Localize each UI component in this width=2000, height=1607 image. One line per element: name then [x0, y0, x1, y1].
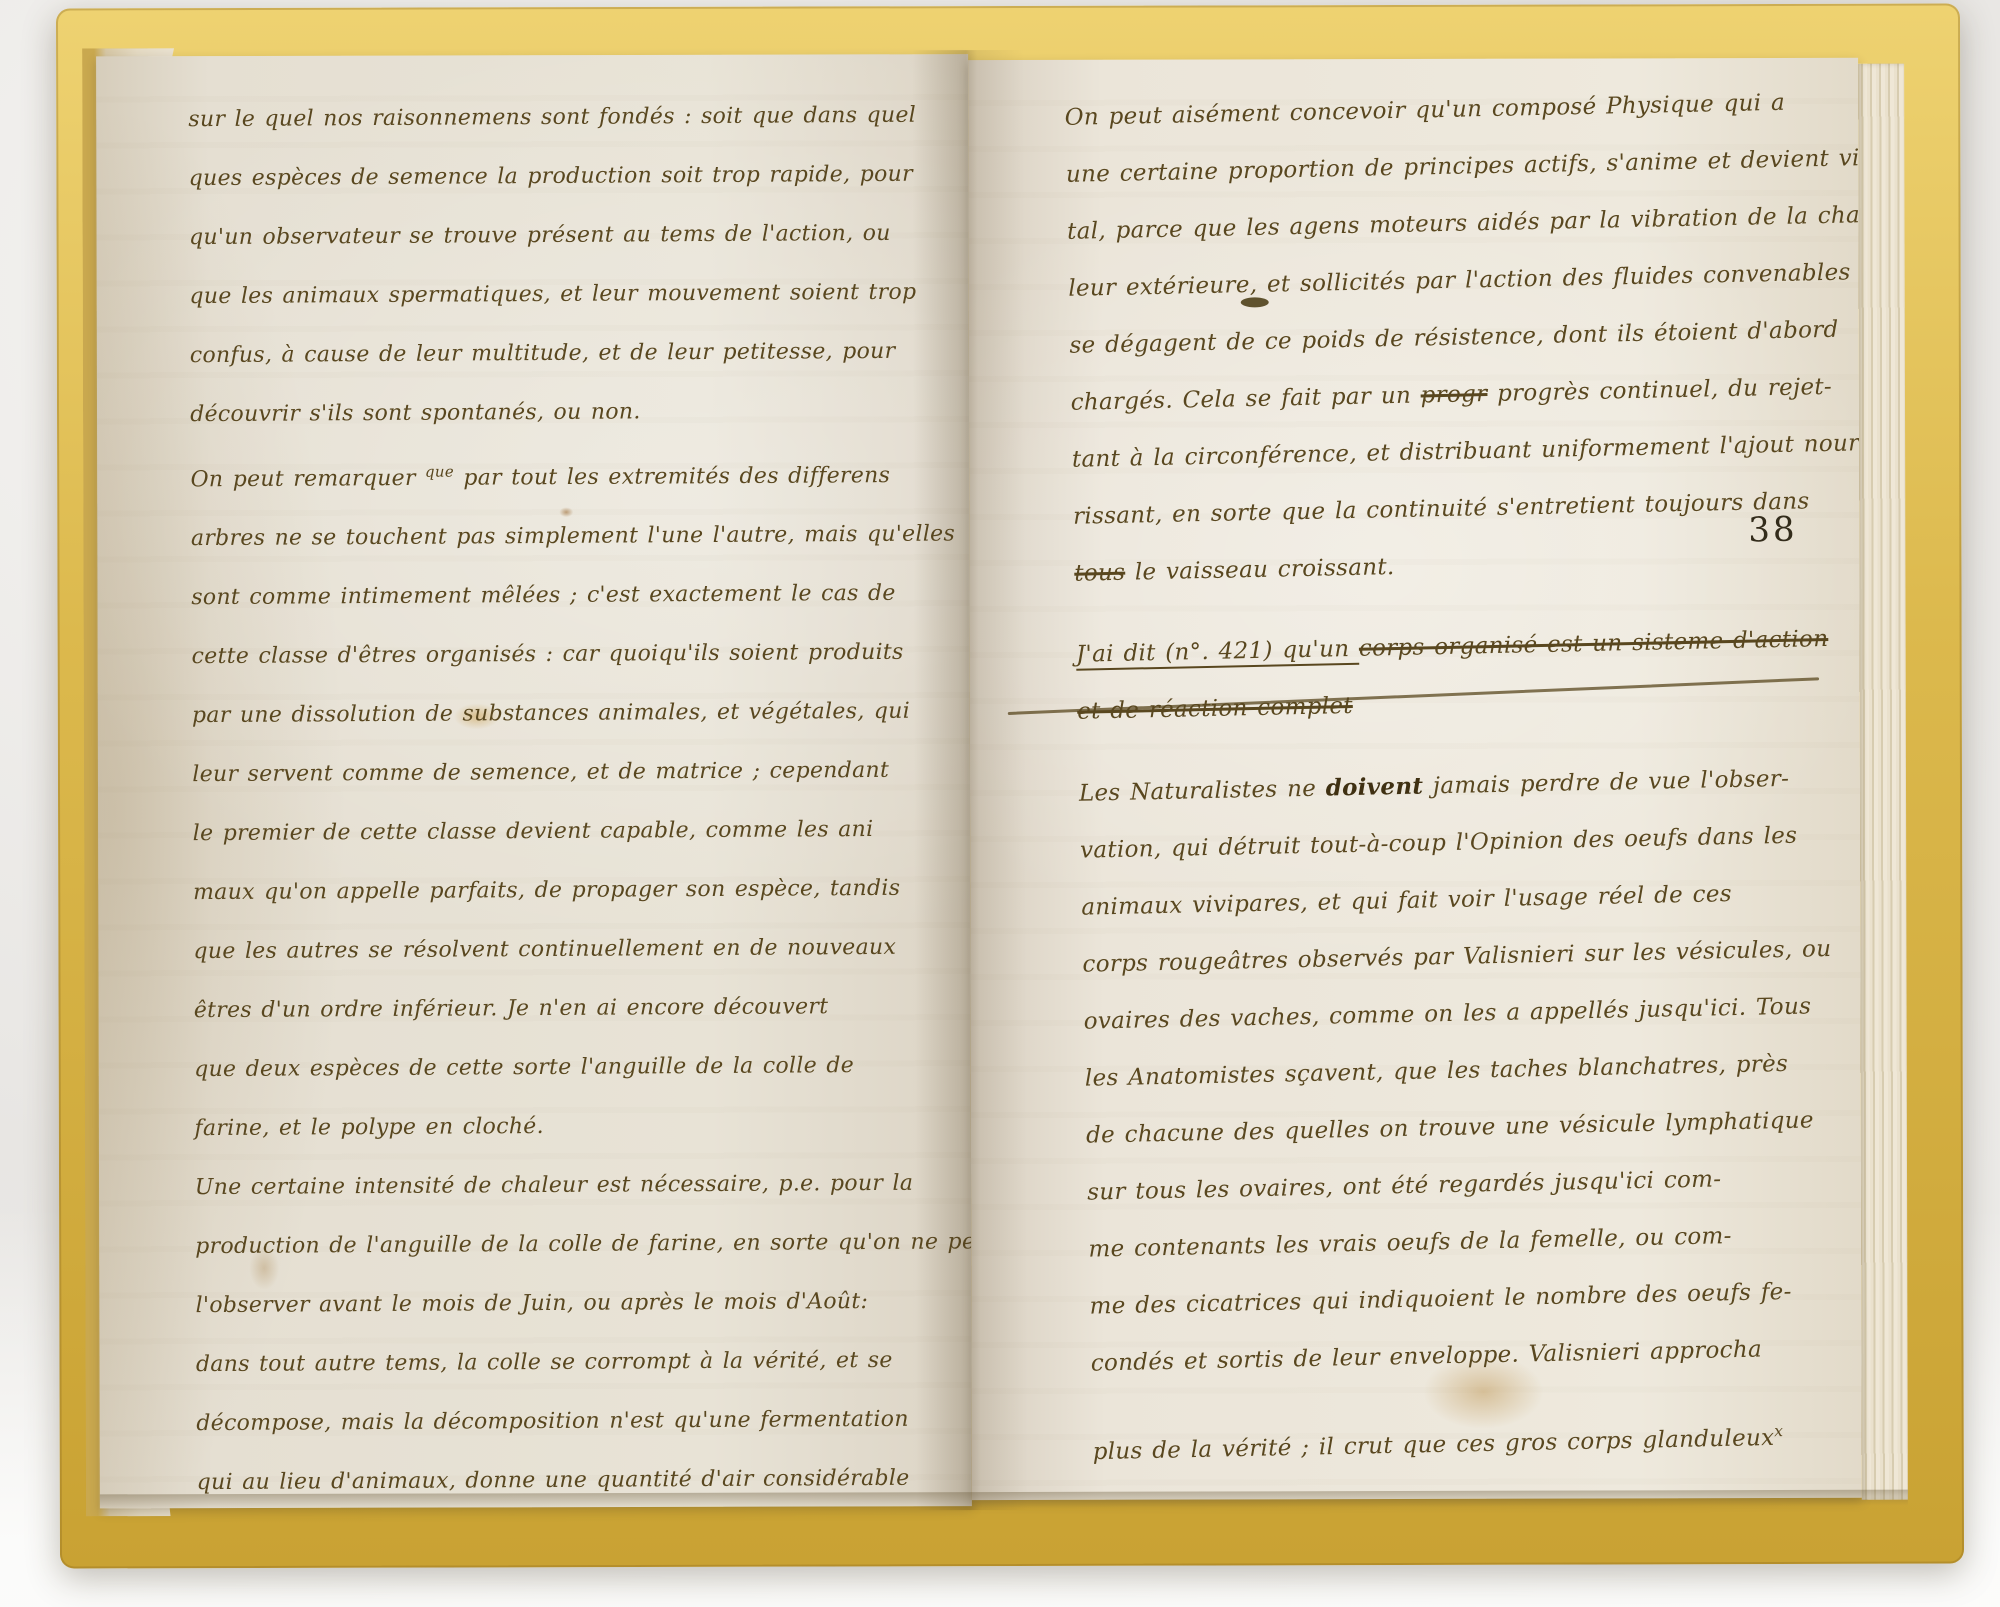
text-segment: jamais perdre de vue l'obser-: [1423, 766, 1789, 800]
text-segment: me des cicatrices qui indiquoient le nom…: [1089, 1279, 1792, 1320]
manuscript-line: ques espèces de semence la production so…: [189, 145, 889, 208]
manuscript-line: êtres d'un ordre inférieur. Je n'en ai e…: [194, 977, 894, 1040]
right-page-text: On peut aisément concevoir qu'un composé…: [1064, 74, 1849, 1481]
left-page: sur le quel nos raisonnemens sont fondés…: [96, 54, 972, 1508]
manuscript-line: que les autres se résolvent continuellem…: [193, 918, 893, 981]
manuscript-line: farine, et le polype en cloché.: [194, 1095, 894, 1158]
text-segment: le vaisseau croissant.: [1125, 554, 1395, 586]
text-segment: leur servent comme de semence, et de mat…: [192, 758, 889, 787]
text-segment: sur tous les ovaires, ont été regardés j…: [1087, 1166, 1722, 1205]
text-segment: qui au lieu d'animaux, donne une quantit…: [197, 1466, 910, 1495]
manuscript-line: le premier de cette classe devient capab…: [193, 800, 893, 863]
text-segment: cette classe d'êtres organisés : car quo…: [192, 640, 904, 669]
manuscript-line: découvrir s'ils sont spontanés, ou non.: [190, 381, 890, 444]
manuscript-paragraph: Une certaine intensité de chaleur est né…: [195, 1154, 897, 1508]
text-segment: une certaine proportion de principes act…: [1066, 145, 1862, 188]
manuscript-line: production de l'anguille de la colle de …: [195, 1213, 895, 1276]
fore-edge-page-stack: [1858, 64, 1908, 1500]
text-segment: décompose, mais la décomposition n'est q…: [196, 1407, 909, 1436]
text-segment: plus de la vérité ; il crut que ces gros…: [1092, 1425, 1774, 1465]
manuscript-line: leur servent comme de semence, et de mat…: [192, 741, 892, 804]
manuscript-paragraph: sur le quel nos raisonnemens sont fondés…: [188, 86, 890, 444]
text-segment: progrès continuel, du rejet-: [1487, 374, 1832, 407]
manuscript-paragraph: On peut aisément concevoir qu'un composé…: [1064, 74, 1831, 603]
text-segment: le premier de cette classe devient capab…: [193, 817, 874, 846]
manuscript-line: Une certaine intensité de chaleur est né…: [195, 1154, 895, 1217]
manuscript-paragraph: Les Naturalistes ne doivent jamais perdr…: [1078, 749, 1847, 1393]
right-page: 38 On peut aisément concevoir qu'un comp…: [968, 58, 1862, 1500]
text-segment: condés et sortis de leur enveloppe. Vali…: [1091, 1337, 1763, 1377]
text-segment: sur le quel nos raisonnemens sont fondés…: [188, 103, 916, 132]
manuscript-paragraph: J'ai dit (n°. 421) qu'un corps organisé …: [1075, 611, 1833, 741]
manuscript-line: plus de la vérité ; il crut que ces gros…: [1092, 1401, 1849, 1481]
text-segment: par tout les extremités des differens: [454, 463, 890, 491]
manuscript-line: décompose, mais la décomposition n'est q…: [196, 1390, 896, 1453]
manuscript-line: cette classe d'êtres organisés : car quo…: [191, 623, 891, 686]
text-segment: animaux vivipares, et qui fait voir l'us…: [1081, 881, 1732, 921]
manuscript-paragraph: plus de la vérité ; il crut que ces gros…: [1092, 1401, 1849, 1481]
manuscript-paragraph: On peut remarquer que par tout les extre…: [190, 440, 894, 1158]
text-segment: corps rougeâtres observés par Valisnieri…: [1082, 936, 1831, 978]
text-segment: Les Naturalistes ne: [1079, 776, 1326, 807]
manuscript-line: arbres ne se touchent pas simplement l'u…: [191, 505, 891, 568]
text-segment: On peut remarquer: [190, 466, 425, 492]
text-segment: sont comme intimement mêlées ; c'est exa…: [191, 581, 896, 610]
text-segment: les Anatomistes sçavent, que les taches …: [1085, 1051, 1789, 1092]
text-segment: Une certaine intensité de chaleur est né…: [195, 1171, 914, 1200]
manuscript-line: que les animaux spermatiques, et leur mo…: [189, 263, 889, 326]
text-segment: doivent: [1325, 772, 1423, 801]
text-segment: J'ai dit (n°. 421) qu'un: [1076, 636, 1359, 668]
text-segment: qu'un observateur se trouve présent au t…: [189, 221, 891, 250]
manuscript-line: sont comme intimement mêlées ; c'est exa…: [191, 564, 891, 627]
manuscript-line: On peut remarquer que par tout les extre…: [190, 440, 890, 509]
struck-text: progr: [1420, 381, 1487, 408]
text-segment: rissant, en sorte que la continuité s'en…: [1073, 488, 1810, 529]
text-segment: l'observer avant le mois de Juin, ou apr…: [196, 1289, 869, 1318]
manuscript-line: l'observer avant le mois de Juin, ou apr…: [195, 1272, 895, 1335]
text-segment: confus, à cause de leur multitude, et de…: [190, 339, 896, 368]
manuscript-line: maux qu'on appelle parfaits, de propager…: [193, 859, 893, 922]
left-page-text: sur le quel nos raisonnemens sont fondés…: [188, 86, 897, 1509]
struck-text: et de réaction complet: [1077, 693, 1353, 725]
text-segment: que deux espèces de cette sorte l'anguil…: [194, 1053, 854, 1082]
interline-insertion: x: [1774, 1421, 1784, 1440]
text-segment: leur extérieure, et sollicités par l'act…: [1068, 259, 1851, 301]
text-segment: dans tout autre tems, la colle se corrom…: [196, 1348, 893, 1377]
manuscript-line: qui au lieu d'animaux, donne une quantit…: [197, 1449, 897, 1508]
text-segment: êtres d'un ordre inférieur. Je n'en ai e…: [194, 994, 829, 1023]
text-segment: vation, qui détruit tout-à-coup l'Opinio…: [1080, 823, 1798, 864]
text-segment: maux qu'on appelle parfaits, de propager…: [193, 876, 900, 905]
struck-text: tous: [1074, 560, 1125, 587]
text-segment: de chacune des quelles on trouve une vés…: [1086, 1107, 1814, 1148]
text-segment: me contenants les vrais oeufs de la feme…: [1088, 1223, 1732, 1262]
manuscript-line: par une dissolution de substances animal…: [192, 682, 892, 745]
text-segment: tant à la circonférence, et distribuant …: [1072, 430, 1860, 472]
text-segment: On peut aisément concevoir qu'un composé…: [1064, 90, 1785, 131]
text-segment: se dégagent de ce poids de résistence, d…: [1069, 317, 1839, 359]
text-segment: ovaires des vaches, comme on les a appel…: [1083, 993, 1811, 1034]
text-segment: ques espèces de semence la production so…: [189, 162, 913, 191]
interline-insertion: que: [425, 463, 454, 481]
struck-text: corps organisé est un sisteme d'action: [1359, 626, 1829, 662]
manuscript-line: qu'un observateur se trouve présent au t…: [189, 204, 889, 267]
text-segment: chargés. Cela se fait par un: [1070, 382, 1420, 415]
manuscript-line: dans tout autre tems, la colle se corrom…: [196, 1331, 896, 1394]
text-segment: farine, et le polype en cloché.: [194, 1114, 544, 1141]
text-segment: que les autres se résolvent continuellem…: [193, 935, 896, 964]
text-segment: découvrir s'ils sont spontanés, ou non.: [190, 399, 641, 427]
manuscript-line: confus, à cause de leur multitude, et de…: [190, 322, 890, 385]
text-segment: que les animaux spermatiques, et leur mo…: [189, 280, 916, 309]
text-segment: arbres ne se touchent pas simplement l'u…: [191, 522, 955, 552]
text-segment: par une dissolution de substances animal…: [192, 699, 910, 728]
text-segment: tal, parce que les agens moteurs aidés p…: [1067, 202, 1862, 245]
manuscript-line: que deux espèces de cette sorte l'anguil…: [194, 1036, 894, 1099]
text-segment: production de l'anguille de la colle de …: [195, 1229, 972, 1259]
manuscript-line: sur le quel nos raisonnemens sont fondés…: [188, 86, 888, 149]
open-manuscript-book: sur le quel nos raisonnemens sont fondés…: [56, 4, 1964, 1569]
